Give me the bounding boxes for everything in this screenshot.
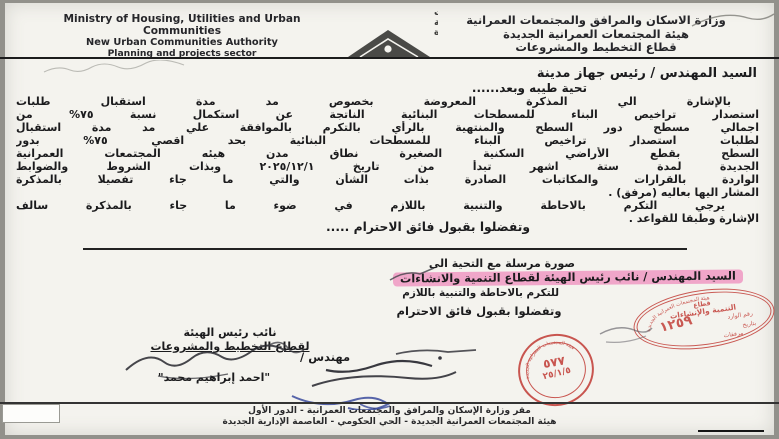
authority-logo: المجتمعات العمرانية الجديدة xyxy=(334,2,438,59)
body-line: اجمالي مسطح دور السطح والمنتهية بالرأي ب… xyxy=(16,121,759,134)
closing-respect-line-1: وتفضلوا بقبول فائق الاحترام ..... xyxy=(288,220,568,234)
body-line: يرجي التكرم بالاحاطة والتنبية باللازم في… xyxy=(16,199,759,212)
body-line: المشار اليها بعاليه (مرفق) . xyxy=(16,186,759,199)
cc-check-scribble xyxy=(388,264,436,284)
body-line: استصدار تراخيص البناء للمسطحات البنائية … xyxy=(16,108,759,121)
closing-respect-line-2: وتفضلوا بقبول فائق الاحترام xyxy=(394,304,564,318)
bottom-right-mark-line xyxy=(698,430,764,432)
corner-label-box xyxy=(2,404,60,423)
header-divider-line xyxy=(0,57,779,59)
body-line: الواردة بالقرارات والمكاتبات الصادرة بذا… xyxy=(16,173,759,186)
greeting-line: تحية طيبه وبعد...... xyxy=(472,81,587,95)
pencil-note-scribble xyxy=(40,60,190,80)
logo-text-3: الجديدة xyxy=(434,27,438,38)
recipient-line: السيد المهندس / رئيس جهاز مدينة xyxy=(537,66,757,81)
scanned-letter: Ministry of Housing, Utilities and Urban… xyxy=(0,0,779,439)
body-line: الجديدة لمدة ستة اشهر تبدأ من تاريخ ٢٠٢٥… xyxy=(16,160,759,173)
body-line: لطلبات استصدار تراخيص البناء للمسطحات ال… xyxy=(16,134,759,147)
authority-name-en: New Urban Communities Authority xyxy=(26,37,338,48)
sector-name-ar: قطاع التخطيط والمشروعات xyxy=(441,41,751,55)
section-divider-line xyxy=(83,248,687,250)
footer-address: مقر وزارة الإسكان والمرافق والمجتمعات ال… xyxy=(0,406,779,428)
stamp-overwrite-scribble xyxy=(596,314,656,348)
body-line: السطح بقطع الأراضي السكنية الصغيرة نطاق … xyxy=(16,147,759,160)
ministry-name-en: Ministry of Housing, Utilities and Urban… xyxy=(26,13,338,37)
footer-line-2: هيئة المجتمعات العمرانية الجديدة - الحي … xyxy=(0,417,779,428)
handwritten-signature-left xyxy=(118,336,308,384)
letter-body: بالإشارة الي المذكرة المعروضة بخصوص مد م… xyxy=(16,95,759,225)
header-english: Ministry of Housing, Utilities and Urban… xyxy=(26,13,338,59)
body-line: بالإشارة الي المذكرة المعروضة بخصوص مد م… xyxy=(16,95,759,108)
corner-pen-swoosh xyxy=(690,8,776,32)
footer-line-1: مقر وزارة الإسكان والمرافق والمجتمعات ال… xyxy=(0,406,779,417)
handwritten-dash xyxy=(392,344,482,360)
footer-divider-line xyxy=(0,402,779,404)
cc-note: للتكرم بالاحاطة والتنبية باللازم xyxy=(402,287,559,299)
logo-emblem-circle xyxy=(384,45,392,53)
cc-heading: صورة مرسلة مع التحية الى xyxy=(429,257,575,270)
